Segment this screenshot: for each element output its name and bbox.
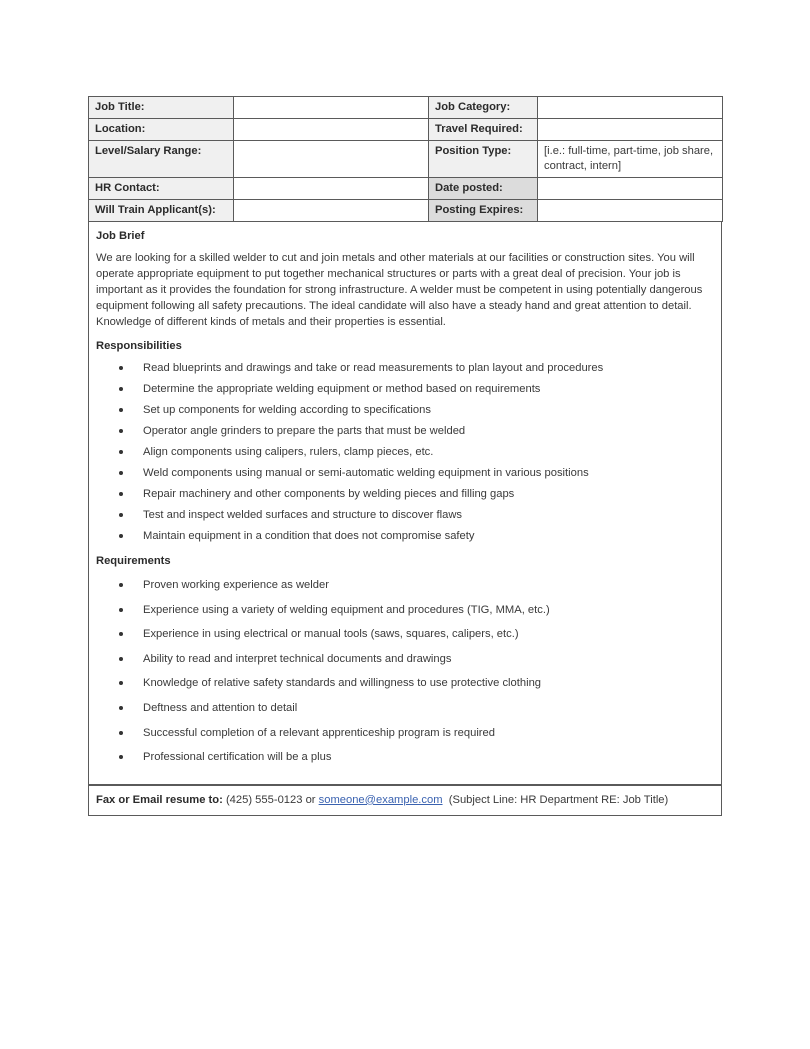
list-item-text: Test and inspect welded surfaces and str… (143, 509, 462, 521)
location-value[interactable] (234, 119, 429, 141)
list-item-text: Professional certification will be a plu… (143, 751, 331, 763)
bullet-icon (119, 706, 123, 710)
responsibilities-heading: Responsibilities (96, 338, 714, 354)
bullet-icon (119, 408, 123, 412)
list-item-text: Ability to read and interpret technical … (143, 653, 451, 665)
list-item-text: Knowledge of relative safety standards a… (143, 677, 541, 689)
job-details-section: Job Brief We are looking for a skilled w… (88, 222, 722, 785)
list-item-text: Set up components for welding according … (143, 404, 431, 416)
list-item: Knowledge of relative safety standards a… (96, 671, 714, 696)
list-item: Successful completion of a relevant appr… (96, 721, 714, 746)
bullet-icon (119, 583, 123, 587)
bullet-icon (119, 755, 123, 759)
table-row: HR Contact: Date posted: (89, 178, 723, 200)
job-category-value[interactable] (538, 97, 723, 119)
bullet-icon (119, 450, 123, 454)
list-item-text: Experience in using electrical or manual… (143, 628, 519, 640)
bullet-icon (119, 513, 123, 517)
list-item: Experience in using electrical or manual… (96, 622, 714, 647)
hr-contact-label: HR Contact: (89, 178, 234, 200)
list-item-text: Weld components using manual or semi-aut… (143, 467, 589, 479)
bullet-icon (119, 429, 123, 433)
will-train-label: Will Train Applicant(s): (89, 200, 234, 222)
position-type-value[interactable]: [i.e.: full-time, part-time, job share, … (538, 141, 723, 178)
bullet-icon (119, 681, 123, 685)
list-item-text: Operator angle grinders to prepare the p… (143, 425, 465, 437)
bullet-icon (119, 366, 123, 370)
list-item: Ability to read and interpret technical … (96, 647, 714, 672)
level-salary-label: Level/Salary Range: (89, 141, 234, 178)
table-row: Level/Salary Range: Position Type: [i.e.… (89, 141, 723, 178)
footer-label: Fax or Email resume to: (96, 794, 223, 806)
table-row: Will Train Applicant(s): Posting Expires… (89, 200, 723, 222)
bullet-icon (119, 657, 123, 661)
table-row: Location: Travel Required: (89, 119, 723, 141)
table-row: Job Title: Job Category: (89, 97, 723, 119)
job-title-value[interactable] (234, 97, 429, 119)
posting-expires-value[interactable] (538, 200, 723, 222)
bullet-icon (119, 471, 123, 475)
job-brief-heading: Job Brief (96, 228, 714, 244)
list-item: Professional certification will be a plu… (96, 745, 714, 770)
responsibilities-list: Read blueprints and drawings and take or… (96, 358, 714, 547)
bullet-icon (119, 632, 123, 636)
date-posted-value[interactable] (538, 178, 723, 200)
requirements-heading: Requirements (96, 553, 714, 569)
list-item-text: Determine the appropriate welding equipm… (143, 383, 540, 395)
footer-subject: (Subject Line: HR Department RE: Job Tit… (443, 794, 669, 806)
list-item: Repair machinery and other components by… (96, 484, 714, 505)
email-link[interactable]: someone@example.com (319, 794, 443, 806)
level-salary-value[interactable] (234, 141, 429, 178)
list-item: Test and inspect welded surfaces and str… (96, 505, 714, 526)
requirements-list: Proven working experience as welder Expe… (96, 573, 714, 770)
list-item: Align components using calipers, rulers,… (96, 442, 714, 463)
list-item: Read blueprints and drawings and take or… (96, 358, 714, 379)
bullet-icon (119, 534, 123, 538)
hr-contact-value[interactable] (234, 178, 429, 200)
job-brief-text: We are looking for a skilled welder to c… (96, 250, 714, 330)
bullet-icon (119, 608, 123, 612)
footer-phone: (425) 555-0123 or (223, 794, 319, 806)
job-info-table: Job Title: Job Category: Location: Trave… (88, 96, 723, 222)
list-item-text: Maintain equipment in a condition that d… (143, 530, 474, 542)
list-item-text: Deftness and attention to detail (143, 702, 297, 714)
list-item-text: Repair machinery and other components by… (143, 488, 514, 500)
position-type-label: Position Type: (429, 141, 538, 178)
bullet-icon (119, 492, 123, 496)
bullet-icon (119, 387, 123, 391)
posting-expires-label: Posting Expires: (429, 200, 538, 222)
list-item-text: Experience using a variety of welding eq… (143, 604, 550, 616)
list-item-text: Read blueprints and drawings and take or… (143, 362, 603, 374)
list-item: Experience using a variety of welding eq… (96, 598, 714, 623)
location-label: Location: (89, 119, 234, 141)
list-item: Deftness and attention to detail (96, 696, 714, 721)
job-category-label: Job Category: (429, 97, 538, 119)
job-title-label: Job Title: (89, 97, 234, 119)
list-item-text: Align components using calipers, rulers,… (143, 446, 433, 458)
list-item-text: Proven working experience as welder (143, 579, 329, 591)
bullet-icon (119, 731, 123, 735)
list-item: Operator angle grinders to prepare the p… (96, 421, 714, 442)
list-item: Maintain equipment in a condition that d… (96, 526, 714, 547)
list-item: Proven working experience as welder (96, 573, 714, 598)
will-train-value[interactable] (234, 200, 429, 222)
travel-required-value[interactable] (538, 119, 723, 141)
list-item: Weld components using manual or semi-aut… (96, 463, 714, 484)
list-item-text: Successful completion of a relevant appr… (143, 727, 495, 739)
list-item: Set up components for welding according … (96, 400, 714, 421)
list-item: Determine the appropriate welding equipm… (96, 379, 714, 400)
contact-footer: Fax or Email resume to: (425) 555-0123 o… (88, 785, 722, 816)
job-description-document: Job Title: Job Category: Location: Trave… (88, 96, 722, 816)
date-posted-label: Date posted: (429, 178, 538, 200)
travel-required-label: Travel Required: (429, 119, 538, 141)
